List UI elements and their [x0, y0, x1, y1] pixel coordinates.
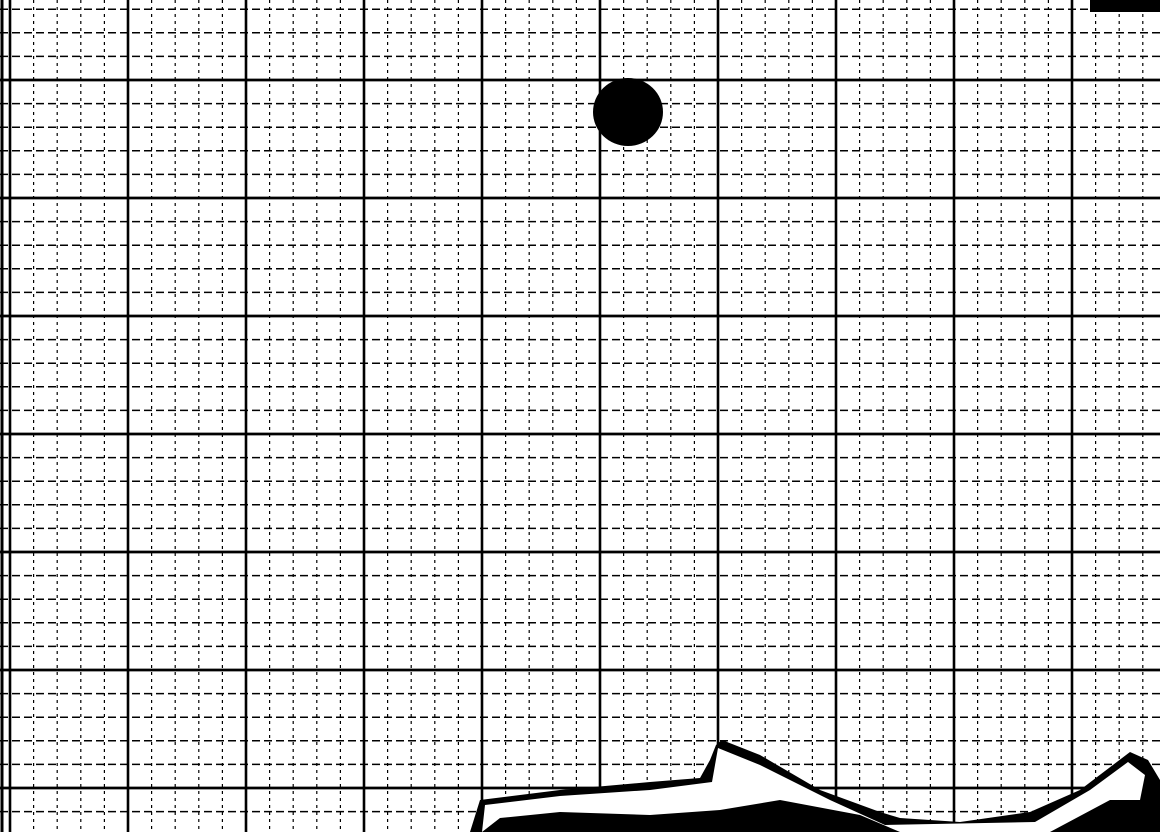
torn-edge	[0, 0, 1160, 832]
graph-paper-scan	[0, 0, 1160, 832]
